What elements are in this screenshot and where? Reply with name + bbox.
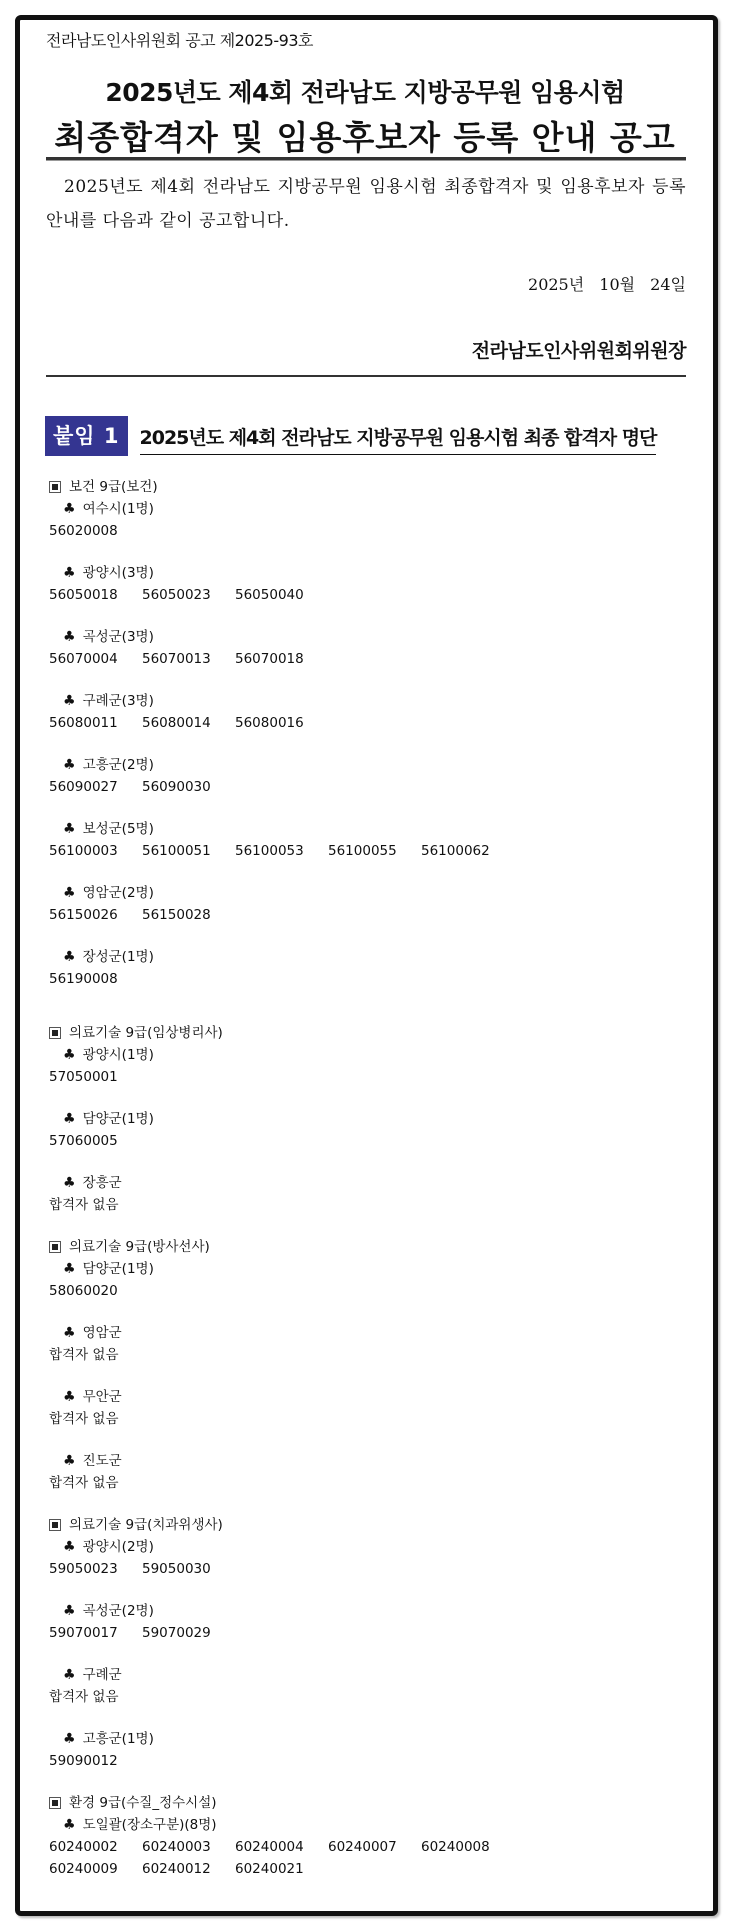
spacer: [49, 1430, 679, 1450]
category-label: 의료기술 9급(방사선사): [69, 1236, 210, 1258]
club-bullet-icon: ♣: [63, 757, 76, 773]
region-heading: ♣영암군(2명): [49, 882, 679, 904]
title-line-1: 2025년도 제4회 전라남도 지방공무원 임용시험: [0, 73, 730, 109]
square-bullet-icon: [49, 1241, 61, 1253]
title-line-2: 최종합격자 및 임용후보자 등록 안내 공고: [0, 112, 730, 159]
exam-number-list: 560500185605002356050040: [49, 584, 519, 606]
attachment-badge: 붙임 1: [45, 416, 128, 456]
category-label: 의료기술 9급(임상병리사): [69, 1022, 223, 1044]
no-passers-text: 합격자 없음: [49, 1472, 679, 1494]
club-bullet-icon: ♣: [63, 1047, 76, 1063]
club-bullet-icon: ♣: [63, 821, 76, 837]
square-bullet-icon: [49, 1027, 61, 1039]
spacer: [49, 1366, 679, 1386]
exam-number-list: 59090012: [49, 1750, 519, 1772]
intro-paragraph: 2025년도 제4회 전라남도 지방공무원 임용시험 최종합격자 및 임용후보자…: [46, 170, 686, 238]
exam-number-list: 58060020: [49, 1280, 519, 1302]
club-bullet-icon: ♣: [63, 1325, 76, 1341]
exam-number: 56100003: [49, 840, 142, 862]
spacer: [49, 990, 679, 1022]
header-divider: [46, 375, 686, 377]
exam-number-list: 57060005: [49, 1130, 519, 1152]
exam-number: 59070029: [142, 1622, 235, 1644]
region-label: 담양군(1명): [83, 1261, 154, 1277]
club-bullet-icon: ♣: [63, 1261, 76, 1277]
region-heading: ♣보성군(5명): [49, 818, 679, 840]
region-label: 장흥군: [83, 1175, 122, 1191]
exam-number-list: 56020008: [49, 520, 519, 542]
exam-number: 56070013: [142, 648, 235, 670]
region-label: 영암군: [83, 1325, 122, 1341]
region-label: 보성군(5명): [83, 821, 154, 837]
exam-number: 56150028: [142, 904, 235, 926]
no-passers-text: 합격자 없음: [49, 1194, 679, 1216]
region-label: 광양시(1명): [83, 1047, 154, 1063]
region-heading: ♣영암군: [49, 1322, 679, 1344]
club-bullet-icon: ♣: [63, 1453, 76, 1469]
attachment-title: 2025년도 제4회 전라남도 지방공무원 임용시험 최종 합격자 명단: [140, 423, 657, 455]
exam-number-list: 5615002656150028: [49, 904, 519, 926]
region-label: 도일괄(장소구분)(8명): [83, 1817, 217, 1833]
region-heading: ♣도일괄(장소구분)(8명): [49, 1814, 679, 1836]
exam-number: 56150026: [49, 904, 142, 926]
exam-number-list: 560700045607001356070018: [49, 648, 519, 670]
exam-number: 56100062: [421, 840, 514, 862]
club-bullet-icon: ♣: [63, 565, 76, 581]
spacer: [49, 670, 679, 690]
exam-number: 56080011: [49, 712, 142, 734]
region-heading: ♣광양시(3명): [49, 562, 679, 584]
spacer: [49, 1152, 679, 1172]
passer-list: 보건 9급(보건)♣여수시(1명)56020008♣광양시(3명)5605001…: [49, 476, 679, 1880]
spacer: [49, 542, 679, 562]
region-label: 담양군(1명): [83, 1111, 154, 1127]
spacer: [49, 1580, 679, 1600]
club-bullet-icon: ♣: [63, 1817, 76, 1833]
no-passers-text: 합격자 없음: [49, 1686, 679, 1708]
signer: 전라남도인사위원회위원장: [472, 336, 686, 363]
club-bullet-icon: ♣: [63, 1539, 76, 1555]
club-bullet-icon: ♣: [63, 949, 76, 965]
exam-number: 56100051: [142, 840, 235, 862]
spacer: [49, 1772, 679, 1792]
exam-number: 56100055: [328, 840, 421, 862]
club-bullet-icon: ♣: [63, 501, 76, 517]
spacer: [49, 798, 679, 818]
attachment-heading: 붙임 1 2025년도 제4회 전라남도 지방공무원 임용시험 최종 합격자 명…: [45, 416, 656, 456]
region-label: 여수시(1명): [83, 501, 154, 517]
region-heading: ♣여수시(1명): [49, 498, 679, 520]
region-heading: ♣광양시(2명): [49, 1536, 679, 1558]
club-bullet-icon: ♣: [63, 1667, 76, 1683]
exam-number: 56080016: [235, 712, 328, 734]
exam-number: 59050030: [142, 1558, 235, 1580]
club-bullet-icon: ♣: [63, 1389, 76, 1405]
exam-number: 60240008: [421, 1836, 514, 1858]
region-heading: ♣구례군: [49, 1664, 679, 1686]
square-bullet-icon: [49, 481, 61, 493]
title-divider: [46, 157, 686, 161]
exam-number: 56070018: [235, 648, 328, 670]
category-label: 의료기술 9급(치과위생사): [69, 1514, 223, 1536]
exam-number-list: 57050001: [49, 1066, 519, 1088]
exam-number-list: 5905002359050030: [49, 1558, 519, 1580]
exam-number: 56190008: [49, 968, 142, 990]
exam-number: 60240004: [235, 1836, 328, 1858]
category-heading: 의료기술 9급(방사선사): [49, 1236, 679, 1258]
exam-number: 59070017: [49, 1622, 142, 1644]
spacer: [49, 606, 679, 626]
square-bullet-icon: [49, 1519, 61, 1531]
region-label: 곡성군(3명): [83, 629, 154, 645]
region-heading: ♣장흥군: [49, 1172, 679, 1194]
exam-number: 60240012: [142, 1858, 235, 1880]
exam-number: 59090012: [49, 1750, 142, 1772]
region-label: 곡성군(2명): [83, 1603, 154, 1619]
no-passers-text: 합격자 없음: [49, 1408, 679, 1430]
club-bullet-icon: ♣: [63, 1111, 76, 1127]
spacer: [49, 1088, 679, 1108]
region-heading: ♣구례군(3명): [49, 690, 679, 712]
region-heading: ♣장성군(1명): [49, 946, 679, 968]
category-heading: 의료기술 9급(치과위생사): [49, 1514, 679, 1536]
region-label: 광양시(2명): [83, 1539, 154, 1555]
exam-number: 59050023: [49, 1558, 142, 1580]
region-label: 구례군: [83, 1667, 122, 1683]
document-number: 전라남도인사위원회 공고 제2025-93호: [46, 28, 313, 51]
exam-number: 56100053: [235, 840, 328, 862]
region-label: 고흥군(1명): [83, 1731, 154, 1747]
exam-number-list: 560800115608001456080016: [49, 712, 519, 734]
exam-number: 56050023: [142, 584, 235, 606]
category-label: 환경 9급(수질_정수시설): [69, 1792, 217, 1814]
region-heading: ♣곡성군(2명): [49, 1600, 679, 1622]
category-heading: 환경 9급(수질_정수시설): [49, 1792, 679, 1814]
club-bullet-icon: ♣: [63, 629, 76, 645]
exam-number-list: 6024000260240003602400046024000760240008…: [49, 1836, 519, 1880]
exam-number: 56020008: [49, 520, 142, 542]
spacer: [49, 1708, 679, 1728]
exam-number: 58060020: [49, 1280, 142, 1302]
region-label: 진도군: [83, 1453, 122, 1469]
category-heading: 의료기술 9급(임상병리사): [49, 1022, 679, 1044]
exam-number-list: 5609002756090030: [49, 776, 519, 798]
exam-number: 60240009: [49, 1858, 142, 1880]
square-bullet-icon: [49, 1797, 61, 1809]
region-heading: ♣광양시(1명): [49, 1044, 679, 1066]
region-label: 광양시(3명): [83, 565, 154, 581]
category-label: 보건 9급(보건): [69, 476, 158, 498]
spacer: [49, 734, 679, 754]
region-heading: ♣무안군: [49, 1386, 679, 1408]
announcement-date: 2025년 10월 24일: [528, 272, 686, 295]
region-label: 무안군: [83, 1389, 122, 1405]
exam-number: 57060005: [49, 1130, 142, 1152]
spacer: [49, 926, 679, 946]
region-heading: ♣담양군(1명): [49, 1258, 679, 1280]
exam-number: 56090027: [49, 776, 142, 798]
exam-number: 57050001: [49, 1066, 142, 1088]
category-heading: 보건 9급(보건): [49, 476, 679, 498]
spacer: [49, 1494, 679, 1514]
no-passers-text: 합격자 없음: [49, 1344, 679, 1366]
region-heading: ♣곡성군(3명): [49, 626, 679, 648]
club-bullet-icon: ♣: [63, 885, 76, 901]
region-label: 구례군(3명): [83, 693, 154, 709]
club-bullet-icon: ♣: [63, 1175, 76, 1191]
exam-number: 60240003: [142, 1836, 235, 1858]
intro-text: 2025년도 제4회 전라남도 지방공무원 임용시험 최종합격자 및 임용후보자…: [46, 177, 686, 231]
spacer: [49, 1302, 679, 1322]
exam-number: 56080014: [142, 712, 235, 734]
region-label: 영암군(2명): [83, 885, 154, 901]
exam-number: 56070004: [49, 648, 142, 670]
spacer: [49, 1644, 679, 1664]
region-heading: ♣담양군(1명): [49, 1108, 679, 1130]
region-label: 장성군(1명): [83, 949, 154, 965]
region-heading: ♣고흥군(1명): [49, 1728, 679, 1750]
exam-number: 56050040: [235, 584, 328, 606]
exam-number: 60240007: [328, 1836, 421, 1858]
exam-number: 56050018: [49, 584, 142, 606]
region-heading: ♣고흥군(2명): [49, 754, 679, 776]
region-label: 고흥군(2명): [83, 757, 154, 773]
exam-number-list: 5907001759070029: [49, 1622, 519, 1644]
exam-number: 60240002: [49, 1836, 142, 1858]
exam-number: 56090030: [142, 776, 235, 798]
exam-number-list: 56190008: [49, 968, 519, 990]
region-heading: ♣진도군: [49, 1450, 679, 1472]
exam-number: 60240021: [235, 1858, 328, 1880]
spacer: [49, 862, 679, 882]
club-bullet-icon: ♣: [63, 693, 76, 709]
club-bullet-icon: ♣: [63, 1731, 76, 1747]
club-bullet-icon: ♣: [63, 1603, 76, 1619]
exam-number-list: 5610000356100051561000535610005556100062: [49, 840, 519, 862]
spacer: [49, 1216, 679, 1236]
